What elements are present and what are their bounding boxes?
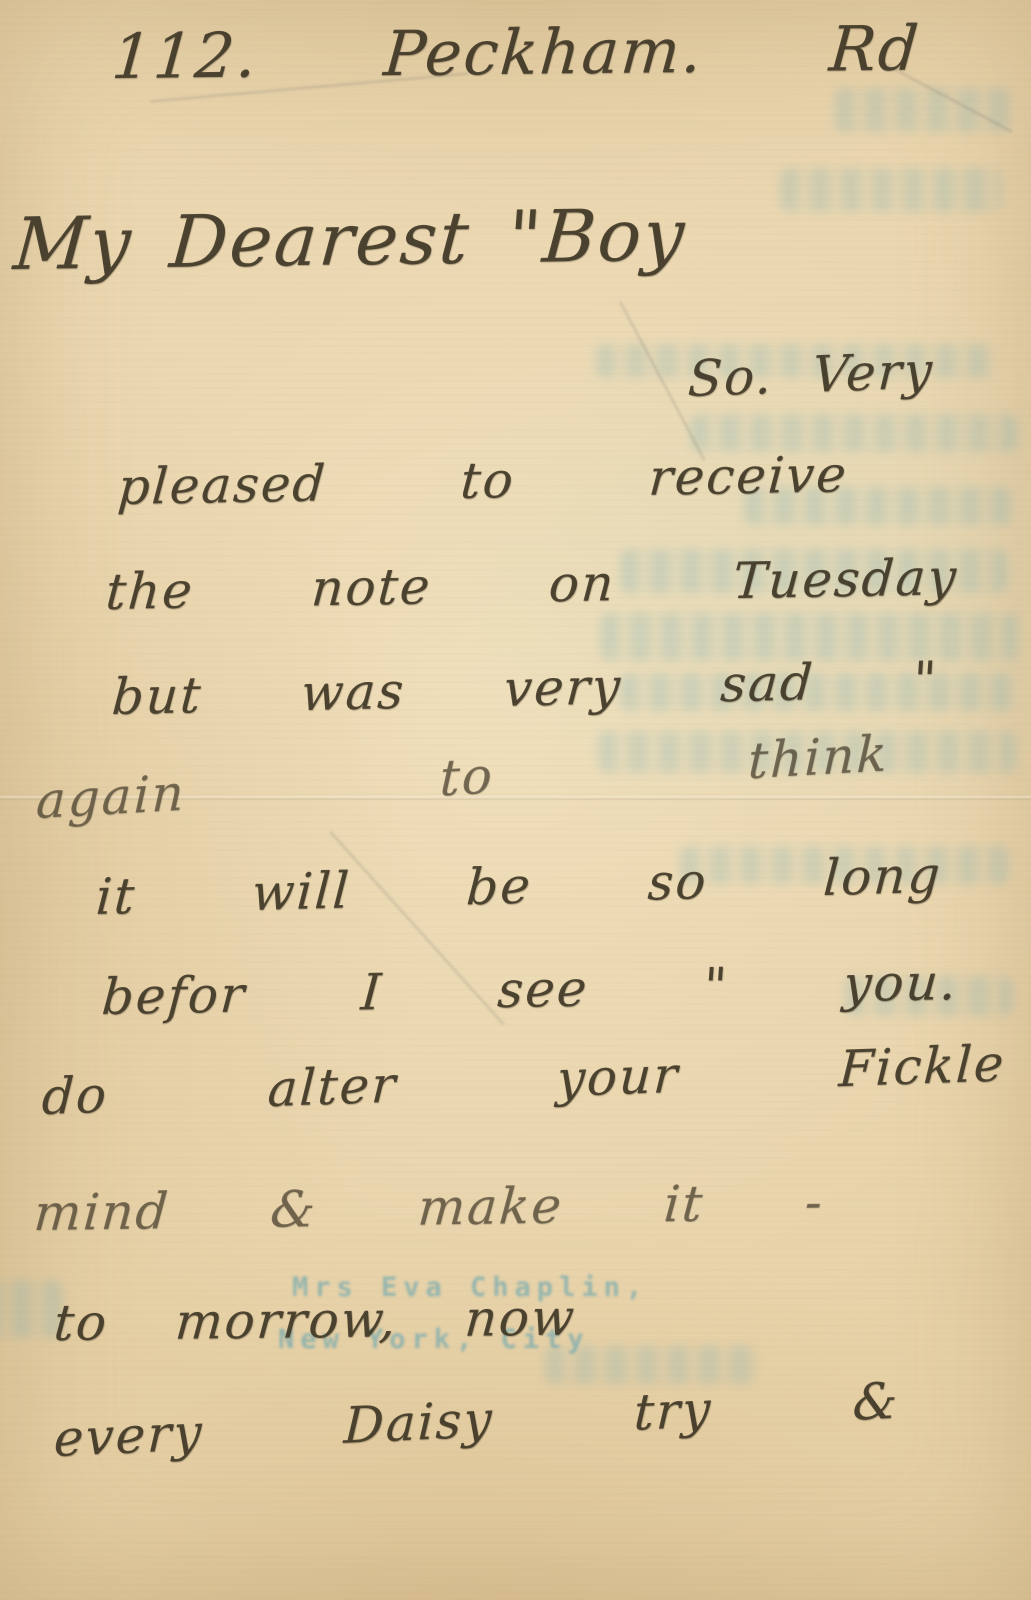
body-line: it will be so long [94,850,943,922]
letter-page: Mrs Eva Chaplin, New York, City 112. Pec… [0,0,1031,1600]
body-line: pleased to receive [116,449,849,512]
body-line: every Daisy try & [53,1376,900,1465]
body-line: mind & make it - [32,1177,826,1238]
address-line: 112. Peckham. Rd [110,18,923,89]
body-line: but was very sad " [110,655,939,722]
body-line: do alter your Fickle [41,1038,1007,1122]
salutation: My Dearest "Boy [11,199,688,280]
opening-phrase: So. Very [687,345,935,404]
bleed-through-smudge [835,88,1011,132]
body-line: befor I see " you. [100,957,959,1022]
body-line: the note on Tuesday [104,552,959,617]
body-line: again to think [35,728,889,826]
bleed-through-smudge [780,168,1002,212]
body-line: to morrow, now [52,1293,578,1349]
